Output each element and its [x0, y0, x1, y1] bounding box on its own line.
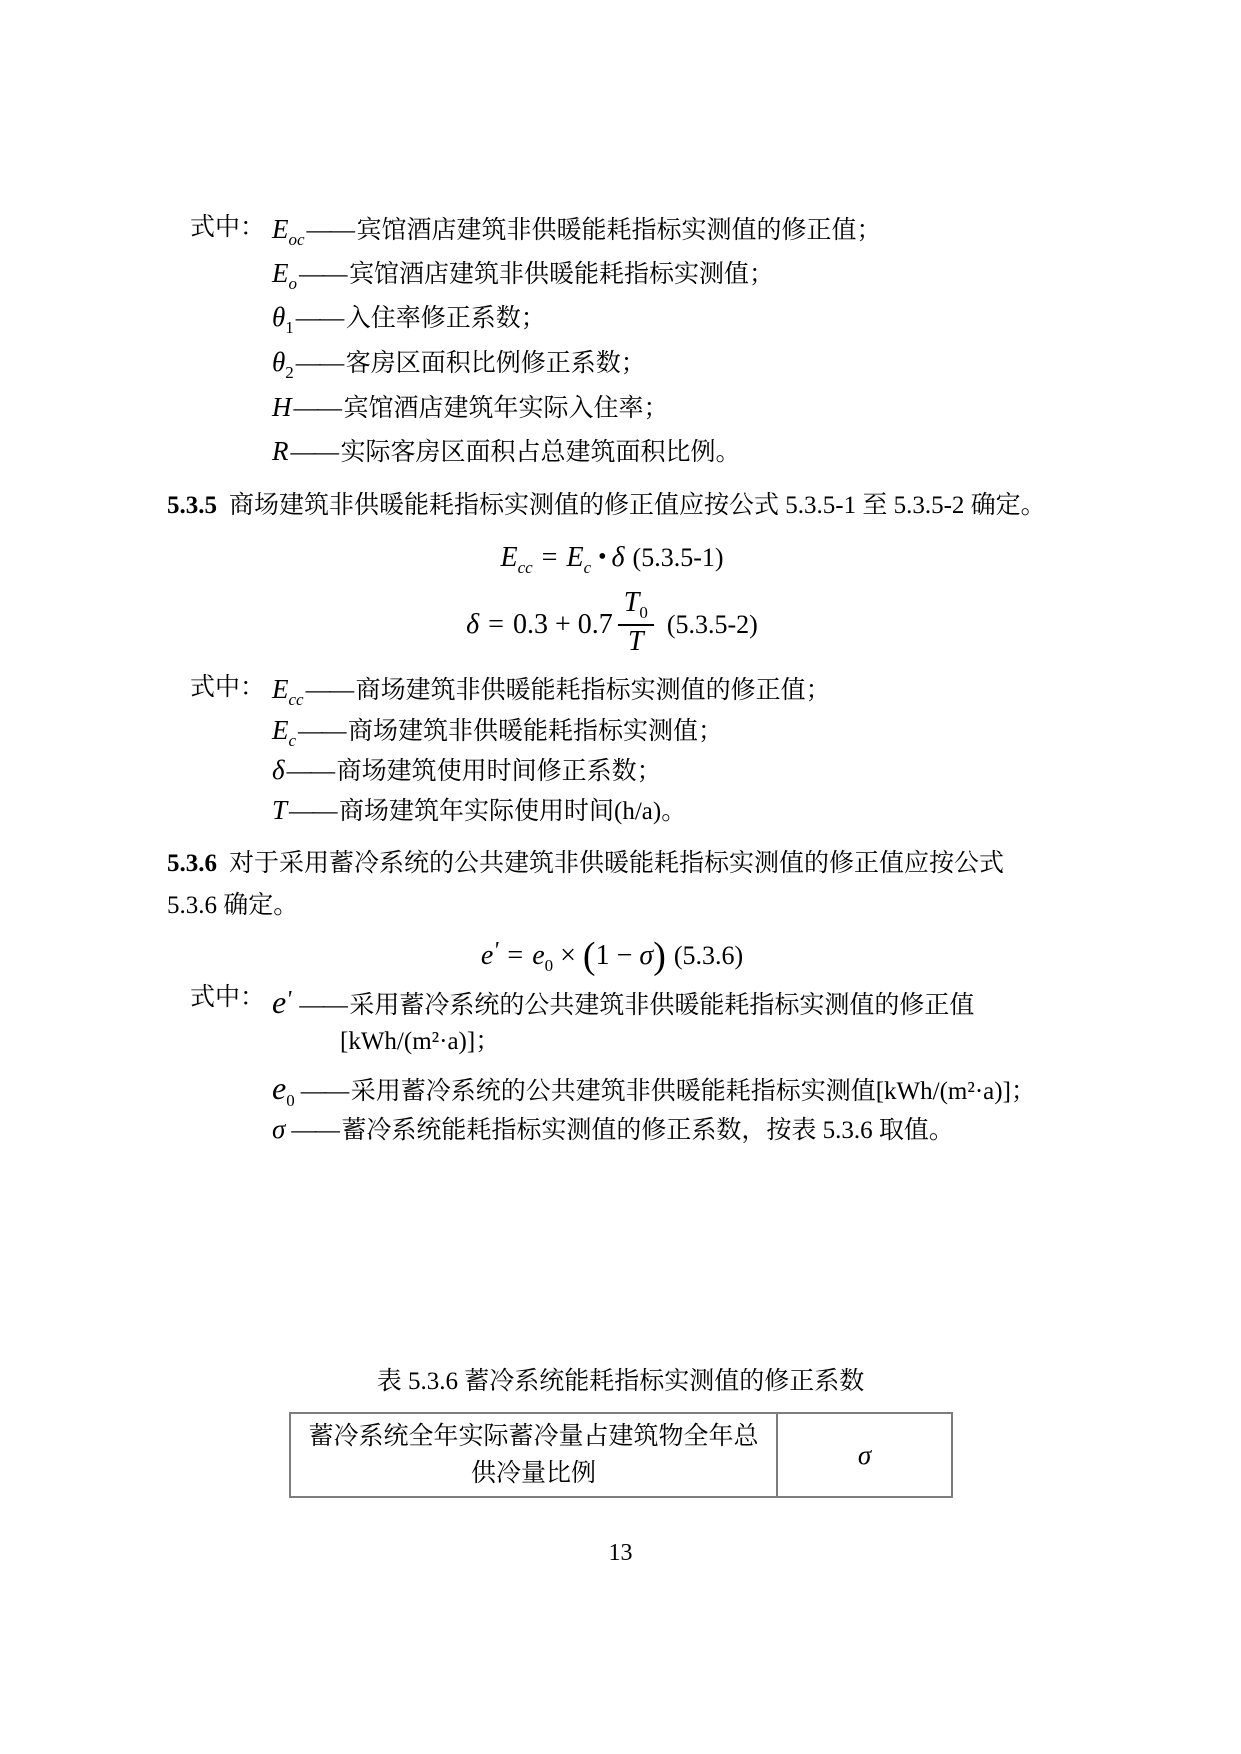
table-cell-text: 蓄冷系统全年实际蓄冷量占建筑物全年总 [308, 1418, 758, 1455]
open-paren: ( [583, 935, 596, 977]
clause-text: 5.3.6 确定。 [167, 892, 298, 919]
definition-text: 采用蓄冷系统的公共建筑非供暖能耗指标实测值的修正值 [349, 992, 974, 1019]
prime-mark: ' [286, 987, 291, 1013]
definition-dash: —— [298, 718, 345, 745]
var-e-prime: e [481, 940, 493, 971]
formula-5-3-5-2: δ=0.3 + 0.7T0T(5.3.5-2) [167, 592, 1057, 661]
definition-text: 蓄冷系统能耗指标实测值的修正系数，按表 5.3.6 取值。 [341, 1117, 954, 1144]
definition-line: 式中： e'——采用蓄冷系统的公共建筑非供暖能耗指标实测值的修正值 [272, 982, 974, 1024]
times-sign: × [560, 940, 576, 971]
clause-number: 5.3.5 [167, 492, 217, 519]
table-cell-text: 供冷量比例 [471, 1455, 596, 1492]
var-delta: δ [612, 542, 625, 573]
number-one: 1 [596, 940, 610, 971]
definition-line: R——实际客房区面积占总建筑面积比例。 [272, 434, 741, 470]
definition-line: Ec——商场建筑非供暖能耗指标实测值； [272, 713, 723, 752]
definition-dash: —— [299, 261, 346, 288]
definition-text: 实际客房区面积占总建筑面积比例。 [341, 439, 741, 466]
definition-text: 客房区面积比例修正系数； [346, 350, 646, 377]
minus-sign: − [617, 940, 633, 971]
equals-sign: = [507, 940, 523, 971]
formula-ref: (5.3.6) [674, 941, 743, 970]
definition-line: 式中： Eoc——宾馆酒店建筑非供暖能耗指标实测值的修正值； [272, 212, 882, 251]
definition-dash: —— [307, 217, 354, 244]
var-delta: δ [466, 609, 479, 640]
definition-dash: —— [296, 305, 343, 332]
close-paren: ) [653, 935, 666, 977]
definition-line: H——宾馆酒店建筑年实际入住率； [272, 390, 669, 426]
symbol-subscript: o [289, 274, 298, 293]
symbol-subscript: 0 [286, 1091, 295, 1110]
definition-dash: —— [306, 677, 353, 704]
definition-line: θ1——入住率修正系数； [272, 300, 546, 339]
definition-line: e0——采用蓄冷系统的公共建筑非供暖能耗指标实测值[kWh/(m²·a)]； [272, 1068, 1036, 1112]
page-number-text: 13 [609, 1540, 633, 1566]
formula-5-3-5-1: Ecc=Ec•δ(5.3.5-1) [167, 540, 1057, 579]
var-subscript: 0 [639, 603, 648, 622]
definition-line: T——商场建筑年实际使用时间(h/a)。 [272, 793, 686, 829]
definition-text: 入住率修正系数； [346, 305, 546, 332]
equals-sign: = [488, 609, 504, 640]
symbol-H: H [272, 392, 292, 422]
definition-text: 采用蓄冷系统的公共建筑非供暖能耗指标实测值[kWh/(m²·a)]； [351, 1078, 1036, 1105]
definition-text: 商场建筑年实际使用时间(h/a)。 [339, 798, 686, 825]
definition-dash: —— [294, 395, 341, 422]
definition-text: 商场建筑使用时间修正系数； [337, 758, 662, 785]
prime-mark: ' [493, 938, 498, 964]
symbol-e-prime: e [272, 984, 286, 1020]
definition-text: 宾馆酒店建筑年实际入住率； [344, 395, 669, 422]
definition-dash: —— [299, 992, 346, 1019]
symbol-delta: δ [272, 755, 285, 785]
clause-text: 对于采用蓄冷系统的公共建筑非供暖能耗指标实测值的修正值应按公式 [229, 850, 1004, 877]
definition-text: 宾馆酒店建筑非供暖能耗指标实测值； [349, 261, 774, 288]
clause-5-3-6-continued: 5.3.6 确定。 [167, 890, 298, 923]
symbol-subscript: 1 [285, 318, 294, 337]
var-subscript: cc [518, 558, 533, 577]
symbol-subscript: c [289, 731, 297, 750]
clause-number: 5.3.6 [167, 850, 217, 877]
definition-dash: —— [291, 1117, 338, 1144]
page-number: 13 [0, 1538, 1241, 1569]
var-Ecc: E [500, 542, 517, 573]
symbol-Eo: E [272, 258, 289, 288]
document-page: 式中： Eoc——宾馆酒店建筑非供暖能耗指标实测值的修正值； Eo——宾馆酒店建… [0, 0, 1241, 1754]
definition-dash: —— [291, 439, 338, 466]
symbol-R: R [272, 436, 289, 466]
symbol-T: T [272, 795, 287, 825]
definition-text: 商场建筑非供暖能耗指标实测值； [348, 718, 723, 745]
definition-line: 式中： Ecc——商场建筑非供暖能耗指标实测值的修正值； [272, 672, 831, 711]
symbol-sigma: σ [272, 1114, 285, 1144]
definition-dash: —— [296, 350, 343, 377]
var-e0: e [532, 940, 544, 971]
definition-dash: —— [287, 758, 334, 785]
definition-dash: —— [301, 1078, 348, 1105]
definition-dash: —— [289, 798, 336, 825]
var-T0: T [624, 587, 640, 618]
fraction-numerator: T0 [618, 588, 654, 626]
coefficient: 0.3 + 0.7 [513, 609, 613, 640]
definition-text: [kWh/(m²·a)]； [340, 1028, 500, 1055]
symbol-subscript: oc [289, 230, 305, 249]
clause-5-3-5: 5.3.5商场建筑非供暖能耗指标实测值的修正值应按公式 5.3.5-1 至 5.… [167, 490, 1046, 523]
symbol-Eoc: E [272, 214, 289, 244]
var-sigma: σ [639, 940, 653, 971]
symbol-subscript: 2 [285, 363, 294, 382]
definition-label: 式中： [190, 672, 265, 705]
table-5-3-6: 蓄冷系统全年实际蓄冷量占建筑物全年总 供冷量比例 σ [289, 1412, 953, 1498]
dot-operator: • [598, 544, 606, 570]
table-header-cell-ratio: 蓄冷系统全年实际蓄冷量占建筑物全年总 供冷量比例 [291, 1414, 778, 1496]
var-subscript: c [584, 558, 592, 577]
definition-label: 式中： [190, 982, 265, 1015]
table-title: 表 5.3.6 蓄冷系统能耗指标实测值的修正系数 [0, 1366, 1241, 1399]
clause-5-3-6: 5.3.6对于采用蓄冷系统的公共建筑非供暖能耗指标实测值的修正值应按公式 [167, 848, 1004, 881]
symbol-e0: e [272, 1070, 286, 1106]
equals-sign: = [542, 542, 558, 573]
definition-line-continued: [kWh/(m²·a)]； [340, 1026, 500, 1059]
clause-text: 商场建筑非供暖能耗指标实测值的修正值应按公式 5.3.5-1 至 5.3.5-2… [229, 492, 1046, 519]
symbol-Ec: E [272, 715, 289, 745]
symbol-subscript: cc [289, 690, 304, 709]
fraction-denominator: T [628, 626, 644, 658]
symbol-Ecc: E [272, 674, 289, 704]
definition-line: θ2——客房区面积比例修正系数； [272, 345, 646, 384]
formula-ref: (5.3.5-1) [633, 543, 724, 572]
definition-line: Eo——宾馆酒店建筑非供暖能耗指标实测值； [272, 256, 774, 295]
definition-line: σ——蓄冷系统能耗指标实测值的修正系数，按表 5.3.6 取值。 [272, 1112, 954, 1148]
table-header-cell-sigma: σ [778, 1414, 951, 1496]
table-cell-text: σ [858, 1440, 871, 1471]
symbol-theta2: θ [272, 347, 285, 377]
var-subscript: 0 [545, 956, 554, 975]
symbol-theta1: θ [272, 302, 285, 332]
formula-5-3-6: e'=e0×(1−σ)(5.3.6) [167, 936, 1057, 977]
formula-ref: (5.3.5-2) [667, 610, 758, 639]
definition-text: 商场建筑非供暖能耗指标实测值的修正值； [356, 677, 831, 704]
definition-text: 宾馆酒店建筑非供暖能耗指标实测值的修正值； [357, 217, 882, 244]
definition-label: 式中： [190, 212, 265, 245]
table-title-text: 表 5.3.6 蓄冷系统能耗指标实测值的修正系数 [377, 1368, 865, 1395]
fraction-T0-over-T: T0T [618, 588, 654, 657]
definition-line: δ——商场建筑使用时间修正系数； [272, 753, 662, 789]
var-Ec: E [566, 542, 583, 573]
